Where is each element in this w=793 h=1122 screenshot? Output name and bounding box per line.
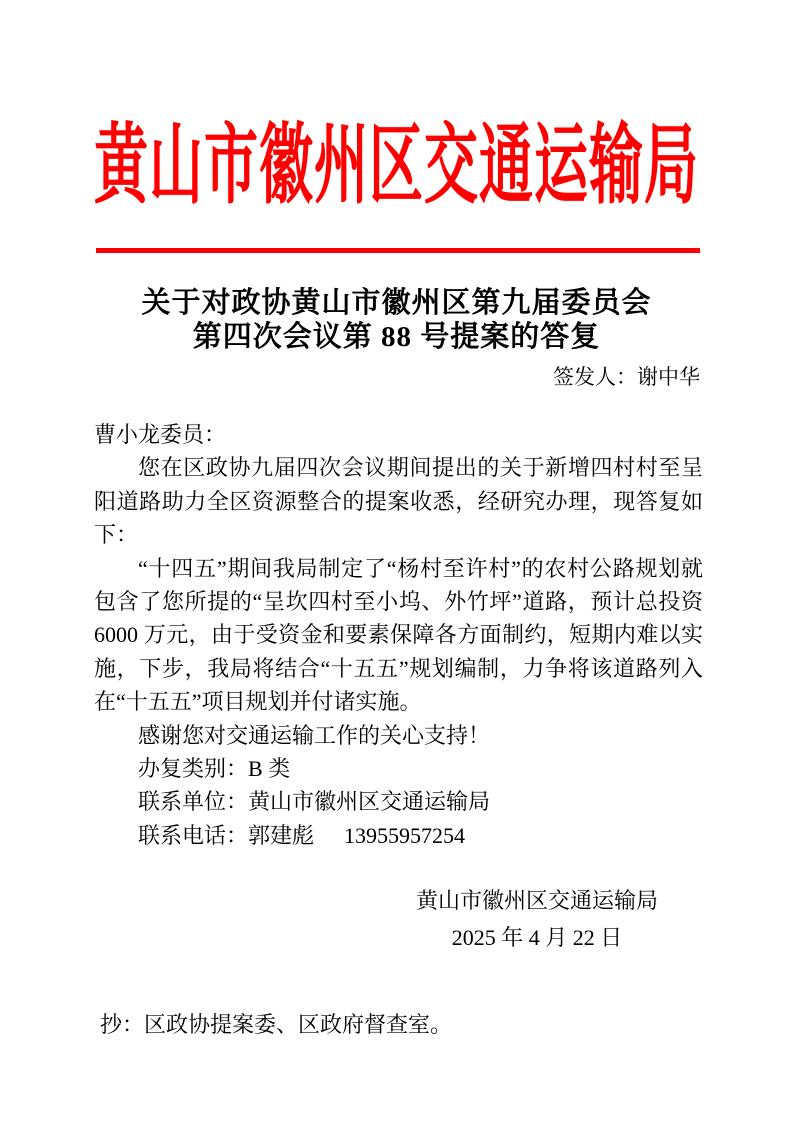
official-document-page: 黄山市徽州区交通运输局 关于对政协黄山市徽州区第九届委员会 第四次会议第 88 … — [0, 0, 793, 1122]
body-paragraph-1: 您在区政协九届四次会议期间提出的关于新增四村村至呈阳道路助力全区资源整合的提案收… — [94, 451, 703, 551]
document-body: 曹小龙委员： 您在区政协九届四次会议期间提出的关于新增四村村至呈阳道路助力全区资… — [94, 418, 703, 852]
issuer-name: 谢中华 — [637, 365, 700, 389]
reply-category-label: 办复类别： — [138, 756, 248, 781]
salutation: 曹小龙委员： — [94, 418, 703, 451]
cc-line: 抄：区政协提案委、区政府督查室。 — [0, 1008, 793, 1041]
issuer-line: 签发人：谢中华 — [0, 362, 793, 392]
letterhead: 黄山市徽州区交通运输局 — [0, 112, 793, 204]
signature-date: 2025 年 4 月 22 日 — [412, 919, 662, 956]
reply-category-line: 办复类别：B 类 — [94, 752, 703, 785]
contact-phone-label: 联系电话： — [138, 823, 248, 848]
body-paragraph-3: 感谢您对交通运输工作的关心支持！ — [94, 719, 703, 752]
reply-category-value: B 类 — [248, 756, 290, 781]
body-paragraph-2: “十四五”期间我局制定了“杨村至许村”的农村公路规划就包含了您所提的“呈坎四村至… — [94, 552, 703, 719]
contact-phone-line: 联系电话：郭建彪13955957254 — [94, 819, 703, 852]
contact-unit-value: 黄山市徽州区交通运输局 — [248, 789, 490, 814]
signature-org: 黄山市徽州区交通运输局 — [412, 882, 662, 919]
contact-phone-number: 13955957254 — [344, 823, 465, 848]
contact-phone-person: 郭建彪 — [248, 823, 314, 848]
contact-unit-line: 联系单位：黄山市徽州区交通运输局 — [94, 785, 703, 818]
issuer-label: 签发人： — [553, 365, 637, 389]
document-title-line1: 关于对政协黄山市徽州区第九届委员会 — [0, 286, 793, 320]
signature-block: 黄山市徽州区交通运输局 2025 年 4 月 22 日 — [412, 882, 662, 956]
letterhead-agency-name: 黄山市徽州区交通运输局 — [94, 96, 699, 221]
letterhead-divider-line — [96, 248, 700, 253]
document-title-line2: 第四次会议第 88 号提案的答复 — [0, 320, 793, 354]
contact-unit-label: 联系单位： — [138, 789, 248, 814]
document-title: 关于对政协黄山市徽州区第九届委员会 第四次会议第 88 号提案的答复 — [0, 286, 793, 354]
